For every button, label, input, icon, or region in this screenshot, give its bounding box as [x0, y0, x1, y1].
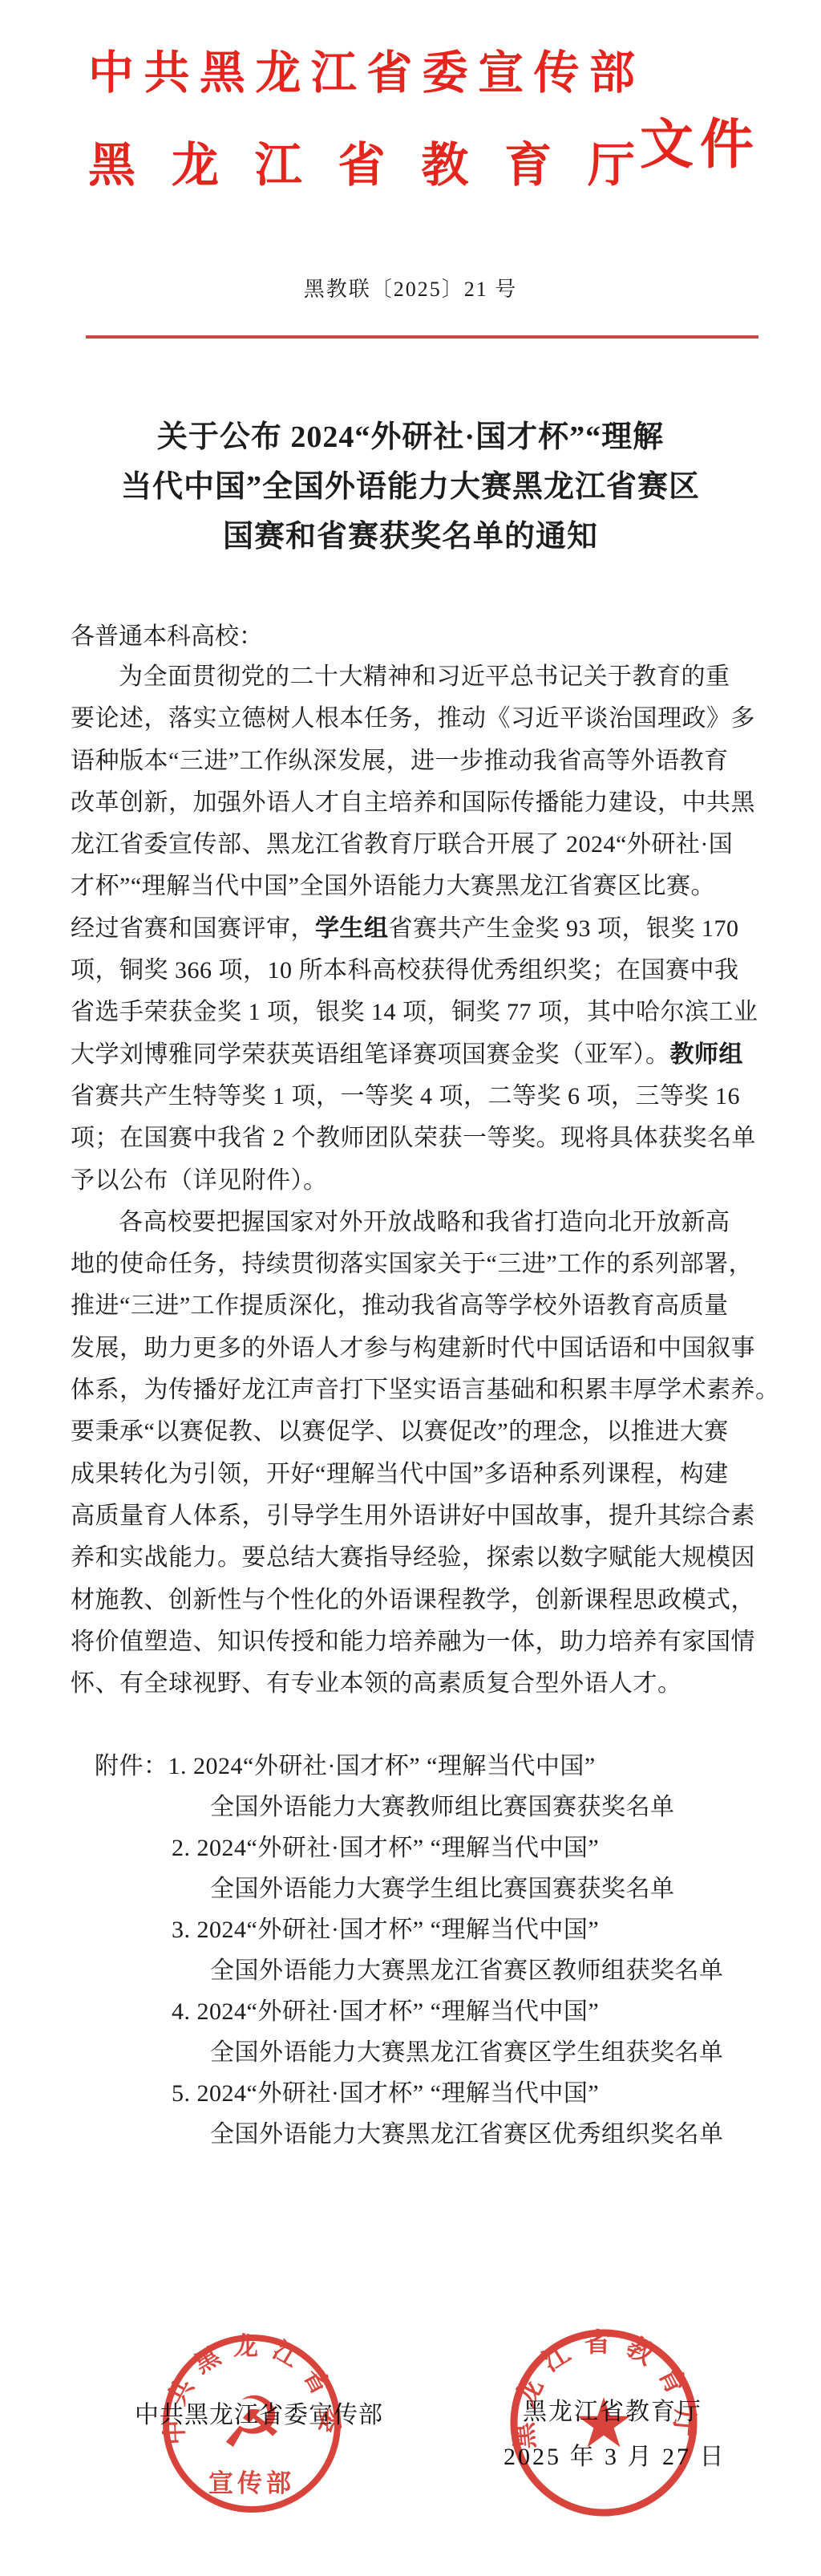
attachment-line: 全国外语能力大赛黑龙江省赛区优秀组织奖名单	[210, 2114, 821, 2155]
attachment-list: 附件：1. 2024“外研社·国才杯” “理解当代中国”全国外语能力大赛教师组比…	[0, 1746, 821, 2155]
letterhead-char: 部	[589, 50, 635, 98]
body-line: 发展，助力更多的外语人才参与构建新时代中国话语和中国叙事	[71, 1328, 754, 1369]
body-line: 将价值塑造、知识传授和能力培养融为一体，助力培养有家国情	[71, 1621, 754, 1663]
letterhead-char: 江	[255, 141, 302, 191]
document-title: 关于公布 2024“外研社·国才杯”“理解当代中国”全国外语能力大赛黑龙江省赛区…	[0, 412, 821, 562]
text-segment: 体系，为传播好龙江声音打下坚实语言基础和积累丰厚学术素养。	[71, 1377, 780, 1403]
text-segment: 推进“三进”工作提质深化，推动我省高等学校外语教育高质量	[71, 1292, 729, 1319]
letterhead-char: 委	[423, 50, 468, 98]
text-segment: 省赛共产生特等奖 1 项，一等奖 4 项，二等奖 6 项，三等奖 16	[71, 1083, 740, 1110]
letterhead-char: 省	[338, 141, 385, 191]
text-segment: 省选手荣获金奖 1 项，银奖 14 项，铜奖 77 项，其中哈尔滨工业	[71, 999, 758, 1025]
letterhead-document-word: 文件	[640, 119, 760, 172]
body-line: 龙江省委宣传部、黑龙江省教育厅联合开展了 2024“外研社·国	[71, 824, 754, 866]
letterhead-char: 黑	[88, 141, 135, 191]
body-line: 成果转化为引领，开好“理解当代中国”多语种系列课程，构建	[71, 1454, 754, 1495]
letterhead-org-line-1: 中共黑龙江省委宣传部	[88, 50, 635, 98]
attachment-line: 全国外语能力大赛黑龙江省赛区学生组获奖名单	[210, 2032, 821, 2073]
body-line: 要秉承“以赛促教、以赛促学、以赛促改”的理念，以推进大赛	[71, 1411, 754, 1453]
body-line: 材施教、创新性与个性化的外语课程教学，创新课程思政模式，	[71, 1580, 754, 1621]
body-line: 大学刘博雅同学荣获英语组笔译赛项国赛金奖（亚军）。教师组	[71, 1034, 754, 1076]
official-seal-left: 中共黑龙江省委 ☭ 宣传部	[159, 2328, 345, 2519]
emphasis-text: 教师组	[670, 1041, 744, 1068]
letterhead-char: 中	[88, 50, 134, 98]
text-segment: 高质量育人体系，引导学生用外语讲好中国故事，提升其综合素	[71, 1503, 755, 1529]
letterhead-char: 教	[421, 141, 468, 191]
attachment-line: 附件：1. 2024“外研社·国才杯” “理解当代中国”	[95, 1746, 821, 1787]
official-seal-right: 黑龙江省教育厅 ★	[507, 2325, 701, 2521]
letterhead-char: 宣	[478, 50, 524, 98]
body-text: 为全面贯彻党的二十大精神和习近平总书记关于教育的重要论述，落实立德树人根本任务，…	[71, 656, 754, 1705]
text-segment: 改革创新，加强外语人才自主培养和国际传播能力建设，中共黑	[71, 789, 755, 816]
body-line: 项，铜奖 366 项，10 所本科高校获得优秀组织奖；在国赛中我	[71, 950, 754, 992]
attachment-line: 4. 2024“外研社·国才杯” “理解当代中国”	[172, 1991, 821, 2032]
text-segment: 予以公布（详见附件）。	[71, 1167, 328, 1194]
text-segment: 将价值塑造、知识传授和能力培养融为一体，助力培养有家国情	[71, 1629, 755, 1655]
body-line: 改革创新，加强外语人才自主培养和国际传播能力建设，中共黑	[71, 782, 754, 824]
body-line: 各高校要把握国家对外开放战略和我省打造向北开放新高	[71, 1202, 754, 1243]
body-line: 怀、有全球视野、有专业本领的高素质复合型外语人才。	[71, 1663, 754, 1705]
document-number: 黑教联〔2025〕21 号	[0, 273, 821, 302]
text-segment: 经过省赛和国赛评审，	[71, 915, 315, 942]
title-line: 当代中国”全国外语能力大赛黑龙江省赛区	[0, 462, 821, 512]
body-line: 体系，为传播好龙江声音打下坚实语言基础和积累丰厚学术素养。	[71, 1369, 754, 1411]
attachment-line: 全国外语能力大赛教师组比赛国赛获奖名单	[210, 1787, 821, 1828]
letterhead-char: 共	[144, 50, 189, 98]
red-divider-line	[86, 335, 758, 339]
body-line: 推进“三进”工作提质深化，推动我省高等学校外语教育高质量	[71, 1285, 754, 1327]
letterhead-char: 龙	[172, 141, 219, 191]
text-segment: 各高校要把握国家对外开放战略和我省打造向北开放新高	[119, 1209, 730, 1235]
text-segment: 养和实战能力。要总结大赛指导经验，探索以数字赋能大规模因	[71, 1544, 755, 1571]
body-line: 地的使命任务，持续贯彻落实国家关于“三进”工作的系列部署，	[71, 1243, 754, 1285]
seal-bottom-text-left: 宣传部	[208, 2469, 295, 2497]
letterhead-org-line-2: 黑龙江省教育厅	[88, 141, 635, 191]
body-line: 省赛共产生特等奖 1 项，一等奖 4 项，二等奖 6 项，三等奖 16	[71, 1076, 754, 1118]
text-segment: 为全面贯彻党的二十大精神和习近平总书记关于教育的重	[119, 663, 730, 690]
letterhead-char: 省	[366, 50, 412, 98]
title-line: 关于公布 2024“外研社·国才杯”“理解	[0, 412, 821, 462]
text-segment: 语种版本“三进”工作纵深发展，进一步推动我省高等外语教育	[71, 748, 729, 774]
text-segment: 发展，助力更多的外语人才参与构建新时代中国话语和中国叙事	[71, 1335, 755, 1361]
body-line: 高质量育人体系，引导学生用外语讲好中国故事，提升其综合素	[71, 1495, 754, 1537]
attachment-line: 5. 2024“外研社·国才杯” “理解当代中国”	[172, 2073, 821, 2114]
text-segment: 成果转化为引领，开好“理解当代中国”多语种系列课程，构建	[71, 1461, 729, 1487]
text-segment: 项；在国赛中我省 2 个教师团队荣获一等奖。现将具体获奖名单	[71, 1125, 756, 1151]
body-line: 予以公布（详见附件）。	[71, 1160, 754, 1202]
letterhead-char: 传	[534, 50, 580, 98]
salutation: 各普通本科高校：	[71, 616, 263, 651]
emphasis-text: 学生组	[315, 915, 389, 942]
body-line: 养和实战能力。要总结大赛指导经验，探索以数字赋能大规模因	[71, 1537, 754, 1579]
body-line: 省选手荣获金奖 1 项，银奖 14 项，铜奖 77 项，其中哈尔滨工业	[71, 992, 754, 1033]
star-icon: ★	[572, 2383, 634, 2464]
text-segment: 省赛共产生金奖 93 项，银奖 170	[389, 915, 739, 942]
document-page: 中共黑龙江省委宣传部 黑龙江省教育厅 文件 黑教联〔2025〕21 号 关于公布…	[0, 0, 821, 2576]
body-line: 要论述，落实立德树人根本任务，推动《习近平谈治国理政》多	[71, 698, 754, 740]
text-segment: 才杯”“理解当代中国”全国外语能力大赛黑龙江省赛区比赛。	[71, 873, 715, 899]
text-segment: 怀、有全球视野、有专业本领的高素质复合型外语人才。	[71, 1670, 682, 1697]
letterhead-char: 龙	[255, 50, 301, 98]
letterhead-char: 厅	[588, 141, 635, 191]
body-line: 项；在国赛中我省 2 个教师团队荣获一等奖。现将具体获奖名单	[71, 1118, 754, 1159]
body-line: 经过省赛和国赛评审，学生组省赛共产生金奖 93 项，银奖 170	[71, 908, 754, 950]
letterhead-char: 江	[311, 50, 357, 98]
text-segment: 地的使命任务，持续贯彻落实国家关于“三进”工作的系列部署，	[71, 1251, 753, 1277]
text-segment: 项，铜奖 366 项，10 所本科高校获得优秀组织奖；在国赛中我	[71, 957, 739, 984]
body-line: 语种版本“三进”工作纵深发展，进一步推动我省高等外语教育	[71, 740, 754, 782]
letterhead-char: 黑	[200, 50, 245, 98]
attachment-line: 全国外语能力大赛学生组比赛国赛获奖名单	[210, 1868, 821, 1909]
hammer-sickle-icon: ☭	[220, 2381, 284, 2464]
attachment-line: 2. 2024“外研社·国才杯” “理解当代中国”	[172, 1828, 821, 1868]
text-segment: 大学刘博雅同学荣获英语组笔译赛项国赛金奖（亚军）。	[71, 1041, 670, 1068]
attachment-line: 全国外语能力大赛黑龙江省赛区教师组获奖名单	[210, 1950, 821, 1991]
text-segment: 龙江省委宣传部、黑龙江省教育厅联合开展了 2024“外研社·国	[71, 831, 733, 858]
text-segment: 材施教、创新性与个性化的外语课程教学，创新课程思政模式，	[71, 1587, 755, 1613]
letterhead-char: 育	[504, 141, 552, 191]
title-line: 国赛和省赛获奖名单的通知	[0, 512, 821, 562]
text-segment: 要秉承“以赛促教、以赛促学、以赛促改”的理念，以推进大赛	[71, 1418, 729, 1445]
body-line: 才杯”“理解当代中国”全国外语能力大赛黑龙江省赛区比赛。	[71, 866, 754, 907]
text-segment: 要论述，落实立德树人根本任务，推动《习近平谈治国理政》多	[71, 705, 755, 732]
attachment-line: 3. 2024“外研社·国才杯” “理解当代中国”	[172, 1909, 821, 1950]
body-line: 为全面贯彻党的二十大精神和习近平总书记关于教育的重	[71, 656, 754, 698]
